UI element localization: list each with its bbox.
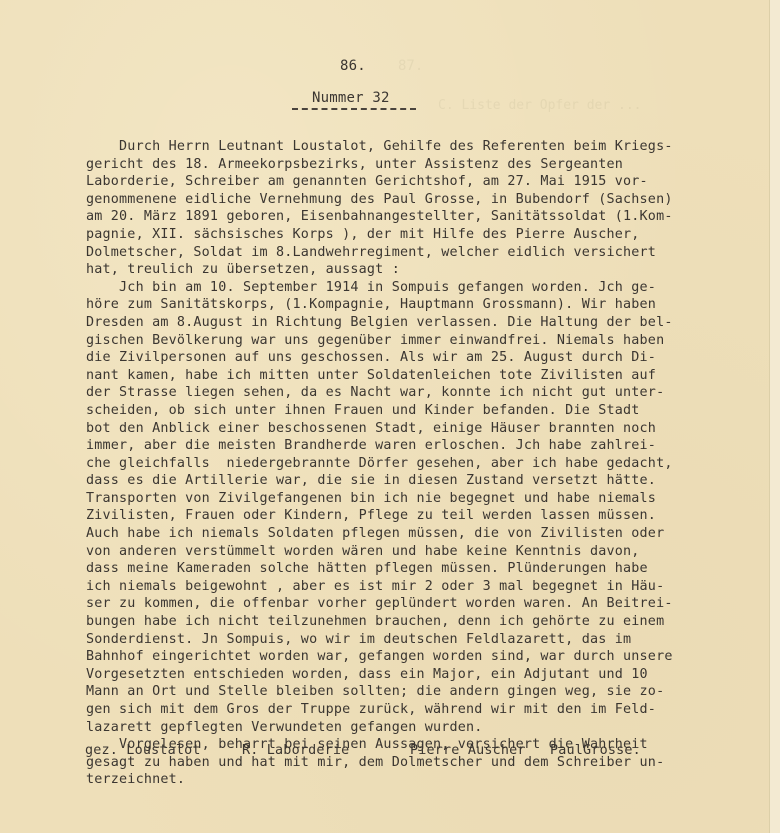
body-line: gericht des 18. Armeekorpsbezirks, unter… — [86, 156, 776, 174]
page-number: 86. — [340, 58, 366, 74]
body-line: Dolmetscher, Soldat im 8.Landwehrregimen… — [86, 244, 776, 262]
body-line: pagnie, XII. sächsisches Korps ), der mi… — [86, 226, 776, 244]
body-line: gischen Bevölkerung war uns gegenüber im… — [86, 332, 776, 350]
signature-grosse: PaulGrosse. — [550, 743, 641, 758]
body-line: Zivilisten, Frauen oder Kindern, Pflege … — [86, 507, 776, 525]
signature-auscher: Pierre Auscher — [410, 743, 526, 758]
body-line: dass meine Kameraden solche hätten pfleg… — [86, 560, 776, 578]
body-line: die Zivilpersonen auf uns geschossen. Al… — [86, 349, 776, 367]
body-line: immer, aber die meisten Brandherde waren… — [86, 437, 776, 455]
document-page: 87. C. Liste der Opfer der ... 86. Numme… — [0, 0, 770, 833]
body-line: che gleichfalls niedergebrannte Dörfer g… — [86, 455, 776, 473]
body-line: terzeichnet. — [86, 771, 776, 789]
body-line: Auch habe ich niemals Soldaten pflegen m… — [86, 525, 776, 543]
bleed-through-page-number: 87. — [398, 58, 423, 74]
body-line: Vorgesetzten entschieden worden, dass ei… — [86, 666, 776, 684]
body-line: Sonderdienst. Jn Sompuis, wo wir im deut… — [86, 631, 776, 649]
body-line: nant kamen, habe ich mitten unter Soldat… — [86, 367, 776, 385]
body-line: dass es die Artillerie war, die sie in d… — [86, 472, 776, 490]
body-line: ich niemals beigewohnt , aber es ist mir… — [86, 578, 776, 596]
heading-underline — [292, 108, 416, 110]
body-line: Bahnhof eingerichtet worden war, gefange… — [86, 648, 776, 666]
document-body: Durch Herrn Leutnant Loustalot, Gehilfe … — [86, 138, 776, 789]
signature-loustalot: gez. Loustalot — [85, 743, 201, 758]
signature-block: gez. Loustalot R. Laborderie Pierre Ausc… — [0, 743, 780, 763]
body-line: hat, treulich zu übersetzen, aussagt : — [86, 261, 776, 279]
body-line: höre zum Sanitätskorps, (1.Kompagnie, Ha… — [86, 296, 776, 314]
body-line: Transporten von Zivilgefangenen bin ich … — [86, 490, 776, 508]
body-line: der Strasse liegen sehen, da es Nacht wa… — [86, 384, 776, 402]
body-line: bot den Anblick einer beschossenen Stadt… — [86, 420, 776, 438]
body-line: Jch bin am 10. September 1914 in Sompuis… — [86, 279, 776, 297]
signature-laborderie: R. Laborderie — [242, 743, 349, 758]
document-heading: Nummer 32 — [312, 90, 390, 106]
body-line: am 20. März 1891 geboren, Eisenbahnanges… — [86, 208, 776, 226]
bleed-through-heading: C. Liste der Opfer der ... — [438, 98, 642, 113]
body-line: Laborderie, Schreiber am genannten Geric… — [86, 173, 776, 191]
body-line: gen sich mit dem Gros der Truppe zurück,… — [86, 701, 776, 719]
body-line: genommenene eidliche Vernehmung des Paul… — [86, 191, 776, 209]
body-line: Dresden am 8.August in Richtung Belgien … — [86, 314, 776, 332]
body-line: bungen habe ich nicht teilzunehmen brauc… — [86, 613, 776, 631]
body-line: Mann an Ort und Stelle bleiben sollten; … — [86, 683, 776, 701]
page-edge — [769, 0, 780, 833]
body-line: ser zu kommen, die offenbar vorher geplü… — [86, 595, 776, 613]
body-line: von anderen verstümmelt worden wären und… — [86, 543, 776, 561]
body-line: Durch Herrn Leutnant Loustalot, Gehilfe … — [86, 138, 776, 156]
body-line: scheiden, ob sich unter ihnen Frauen und… — [86, 402, 776, 420]
body-line: lazarett gepflegten Verwundeten gefangen… — [86, 719, 776, 737]
